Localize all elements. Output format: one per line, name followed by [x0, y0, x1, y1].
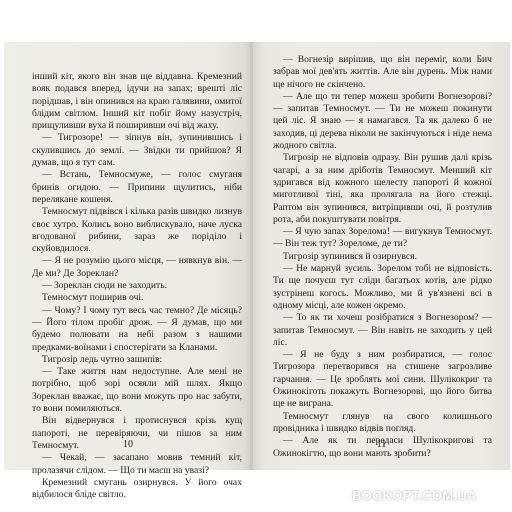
paragraph: Темносмут підвівся і кілька разів швидко…: [32, 206, 242, 255]
paragraph: інший кіт, якого він знав ще віддавна. К…: [32, 71, 242, 132]
paragraph: Тигрозір не відповів одразу. Він рушив д…: [273, 152, 492, 226]
watermark: BOOKOPT.COM.UA: [352, 488, 477, 503]
paragraph: Темносмут глянув на свого колишнього про…: [273, 411, 492, 436]
right-page: — Вогнезір вирішив, що він переміг, коли…: [253, 42, 510, 470]
paragraph: — Але що ти тепер можеш зробити Вогнезор…: [273, 91, 492, 152]
paragraph: Тигрозір зупинився й озирнувся.: [273, 251, 492, 263]
paragraph: — Зореклан сюди не заходить.: [32, 280, 242, 292]
open-book: інший кіт, якого він знав ще віддавна. К…: [4, 42, 510, 470]
paragraph: — Тигрозоре! — зіпнув він, зупинившись і…: [32, 132, 242, 169]
paragraph: — Чекай, — засапано мовив темний кіт, пр…: [32, 452, 242, 477]
page-number-left: 10: [4, 439, 252, 450]
paragraph: — Чому? І чому тут весь час темно? Де мі…: [32, 305, 242, 354]
paragraph: — Я чую запах Зорелома! — вигукнув Темно…: [273, 226, 492, 251]
paragraph: Кремезний смугань озирнувся. У його очах…: [32, 477, 242, 502]
left-page-text: інший кіт, якого він знав ще віддавна. К…: [32, 71, 242, 501]
paragraph: — Встань, Темносмуже, — голос смуганя бр…: [32, 169, 242, 206]
paragraph: — Таке життя нам недоступне. Але мені не…: [32, 366, 242, 415]
right-page-text: — Вогнезір вирішив, що він переміг, коли…: [273, 54, 492, 460]
left-page: інший кіт, якого він знав ще віддавна. К…: [4, 42, 252, 470]
paragraph: — Я не розумію цього місця, — нявкнув ві…: [32, 255, 242, 280]
page-number-right: 11: [253, 439, 510, 450]
paragraph: Темносмут поширив очі.: [32, 292, 242, 304]
paragraph: — Я не буду з ним розбиратися, — голос Т…: [273, 349, 492, 410]
paragraph: — То як ти хочеш розібратися з Вогнезоро…: [273, 312, 492, 349]
paragraph: — Вогнезір вирішив, що він переміг, коли…: [273, 54, 492, 91]
paragraph: Тигрозір ледь чутно зашипів:: [32, 354, 242, 366]
paragraph: — Не марнуй зусиль. Зорелом тобі не відп…: [273, 263, 492, 312]
